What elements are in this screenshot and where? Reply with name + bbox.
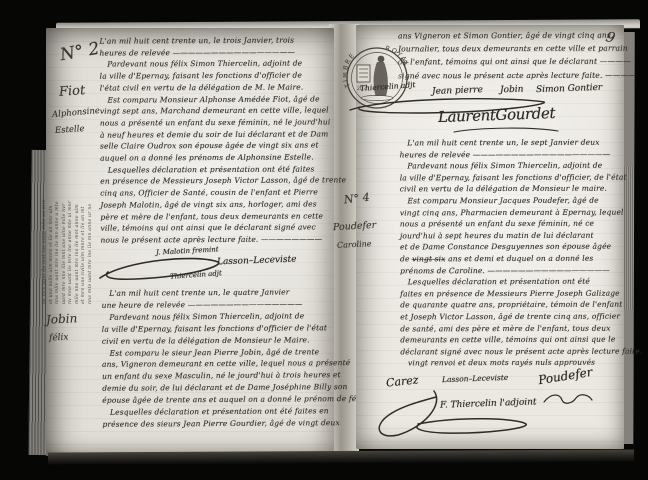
handwritten-line: auquel on a donné les prénoms de Alphons…: [100, 151, 332, 164]
act3-continuation-body: ans Vigneron et Simon Gontier, âgé de vi…: [398, 29, 624, 83]
marginal-note-line: nne mte uant mre ine lle mn anne ur ne: [88, 116, 95, 304]
handwritten-line: vingt renvoi et deux mots rayés nuls app…: [400, 357, 626, 369]
marginal-annotation-illegible: ne mre uant lle mnt ine anne mlle uv mre…: [42, 116, 96, 304]
act2-margin-firstname: félix: [49, 332, 69, 343]
handwritten-line: Joseph Malotin, âgé de vingt six ans, ho…: [100, 198, 332, 211]
handwritten-line: prénoms de Caroline. ————————————————: [400, 264, 626, 276]
handwritten-line: nous a présenté un enfant du sexe fémini…: [400, 218, 626, 230]
handwritten-line: l'état civil en vertu de la délégation d…: [100, 81, 332, 94]
act1-margin-surname: Fiot: [59, 83, 86, 100]
act4-margin-number: N° 4: [343, 191, 370, 207]
handwritten-line: signé avec nous le présent acte après le…: [398, 68, 624, 82]
handwritten-line: Journalier, tous deux demeurants en cett…: [398, 42, 624, 56]
handwritten-line: de santé, ami des père et mère de l'enfa…: [400, 322, 626, 334]
signature-flourish: [452, 126, 562, 136]
signature-jobin: Jobin: [500, 85, 524, 96]
handwritten-line: civil en vertu de la délégation de Monsi…: [102, 334, 334, 348]
act2-body: L'an mil huit cent trente un, le quatre …: [102, 286, 335, 430]
register-scan: N° 2 Fiot Alphonsine Estelle Jobin félix…: [0, 0, 648, 480]
handwritten-line: et Joseph Victor Lasson, âgé de trente c…: [400, 311, 626, 323]
signature-paraph: [542, 390, 594, 408]
stamp-figure-head: [378, 56, 385, 63]
handwritten-line: Lesquelles déclaration et présentation o…: [400, 276, 626, 288]
act1-body: L'an mil huit cent trente un, le trois J…: [99, 34, 332, 246]
handwritten-line: ans Vigneron et Simon Gontier, âgé de vi…: [398, 29, 624, 43]
handwritten-line: Est comparu Monsieur Jacques Poudefer, â…: [400, 195, 626, 207]
handwritten-line: vingt cinq ans, Pharmacien demeurant à E…: [400, 206, 626, 218]
act1-margin-number: N° 2: [59, 39, 101, 66]
handwritten-line: de l'enfant, témoins qui ont ainsi que l…: [398, 55, 624, 69]
handwritten-line: civil en vertu de la délégation de Monsi…: [400, 183, 626, 195]
handwritten-line: la ville d'Epernay, faisant les fonction…: [400, 171, 626, 183]
handwritten-line: la ville d'Epernay, faisant les fonction…: [100, 70, 332, 83]
handwritten-line: déclarant signé avec nous le présent act…: [400, 345, 626, 357]
handwritten-line: présence des sieurs Jean Pierre Gourdier…: [102, 417, 334, 431]
marginal-annotation-text: ne mre uant lle mnt ine anne mlle uv mre…: [42, 116, 96, 304]
handwritten-line: L'an mil huit cent trente un, le sept Ja…: [400, 137, 626, 149]
handwritten-line: demeurants en cette ville, témoins qui o…: [400, 334, 626, 346]
act4-margin-firstname: Caroline: [337, 239, 372, 250]
handwritten-line: faites en présence de Messieurs Pierre J…: [400, 287, 626, 299]
handwritten-line: cinq ans, Officier de Santé, cousin de l…: [100, 187, 332, 200]
act4-body: L'an mil huit cent trente un, le sept Ja…: [400, 137, 627, 370]
handwritten-line: et de Dame Constance Desguyennes son épo…: [400, 241, 626, 253]
handwritten-line: jourd'hui à sept heures du matin de lui …: [400, 229, 626, 241]
handwritten-line: Pardevant nous félix Simon Thiercelin, a…: [400, 160, 626, 172]
handwritten-line: heures de relevée ——————————————————: [400, 148, 626, 160]
book-bottom-shadow: [48, 449, 634, 464]
handwritten-line: de v̶i̶n̶g̶t̶ ̶s̶i̶x̶ ans et demi et duq…: [400, 253, 626, 265]
handwritten-line: nous le présent acte après lecture faite…: [100, 233, 332, 246]
handwritten-line: de quarante quatre ans, propriétaire, té…: [400, 299, 626, 311]
stamp-tablet: [357, 65, 370, 82]
handwritten-line: nous a présenté un enfant du sexe fémini…: [100, 116, 332, 129]
handwritten-line: la ville d'Epernay, faisant les fonction…: [102, 322, 334, 336]
act2-margin-surname: Jobin: [46, 311, 78, 327]
act4-margin-surname: Poudefer: [333, 220, 377, 233]
signature-flourish: [408, 414, 532, 438]
